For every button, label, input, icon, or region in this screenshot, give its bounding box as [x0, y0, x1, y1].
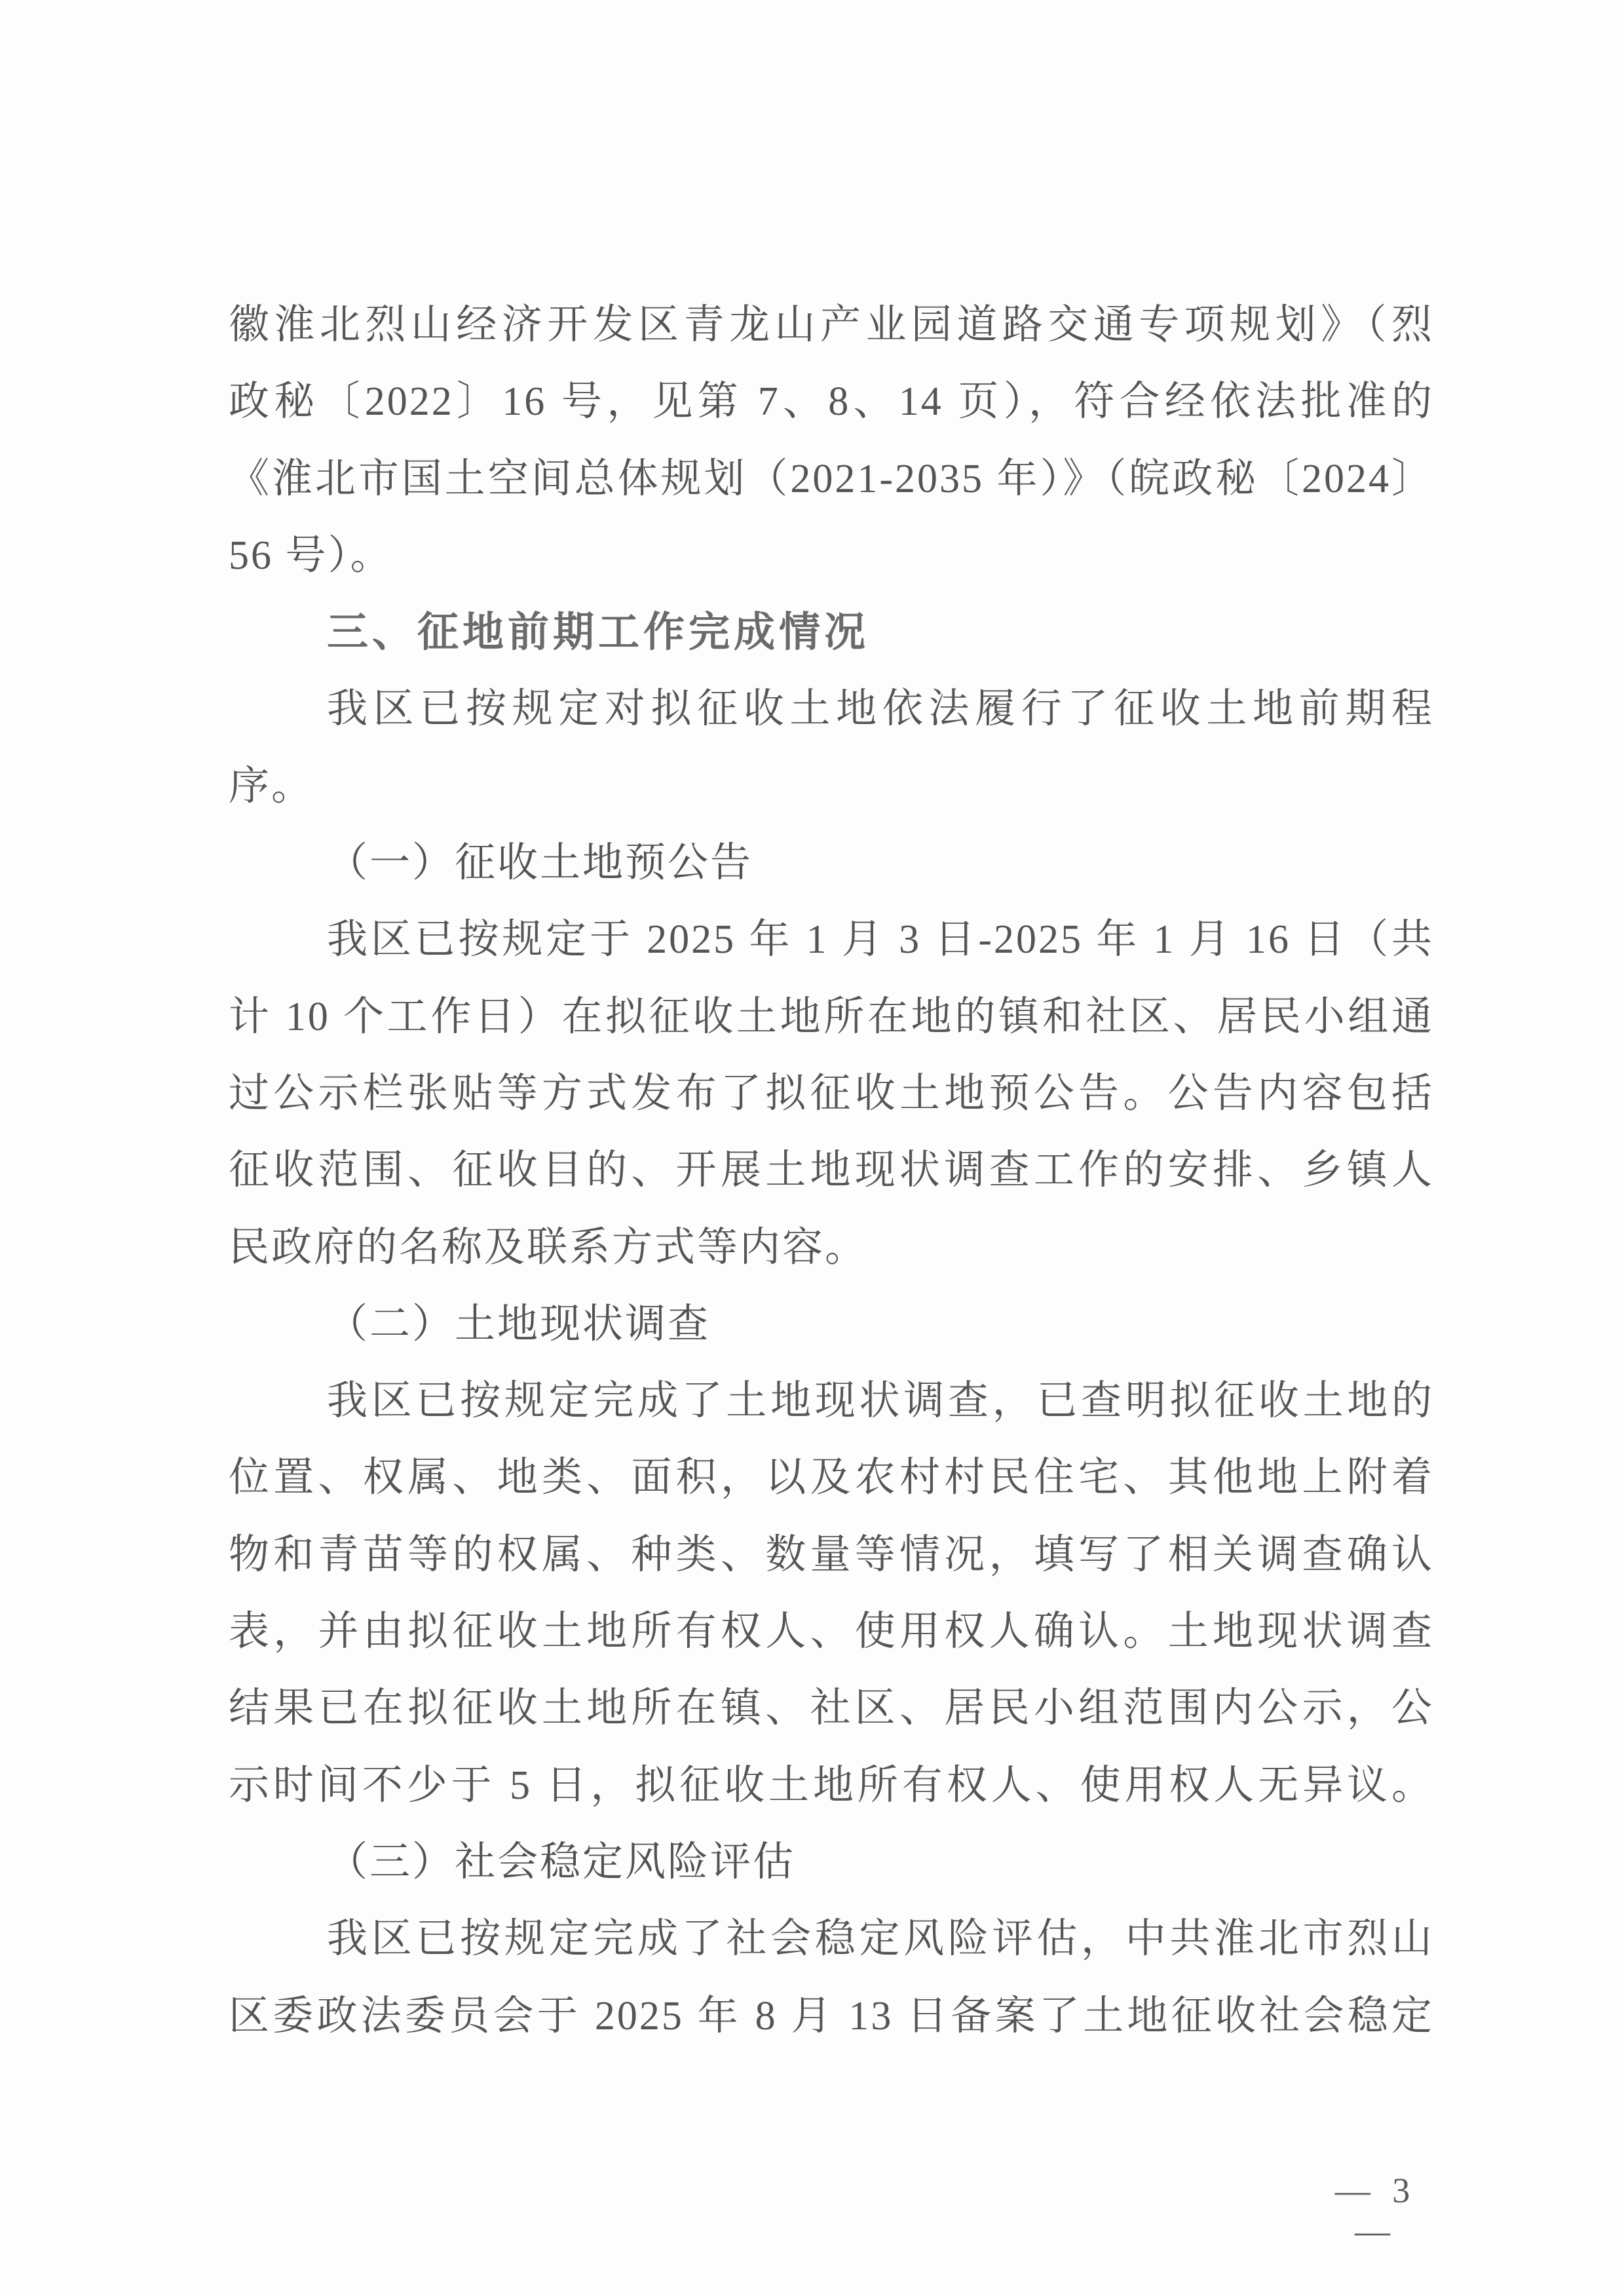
- text-line: 《淮北市国土空间总体规划（2021-2035 年）》（皖政秘〔2024〕: [229, 441, 1434, 518]
- text-line: 徽淮北烈山经济开发区青龙山产业园道路交通专项规划》（烈: [229, 287, 1434, 364]
- page-number: — 3 —: [1323, 2170, 1428, 2251]
- text-line: 过公示栏张贴等方式发布了拟征收土地预公告。公告内容包括: [229, 1056, 1434, 1132]
- text-line: 征收范围、征收目的、开展土地现状调查工作的安排、乡镇人: [229, 1132, 1434, 1209]
- document-body: 徽淮北烈山经济开发区青龙山产业园道路交通专项规划》（烈 政秘〔2022〕16 号…: [229, 287, 1434, 2055]
- text-line: 56 号）。: [229, 518, 1434, 594]
- document-page: 徽淮北烈山经济开发区青龙山产业园道路交通专项规划》（烈 政秘〔2022〕16 号…: [0, 0, 1624, 2296]
- text-line: 我区已按规定对拟征收土地依法履行了征收土地前期程: [229, 671, 1434, 748]
- text-line: 政秘〔2022〕16 号，见第 7、8、14 页），符合经依法批准的: [229, 364, 1434, 440]
- text-line: 结果已在拟征收土地所在镇、社区、居民小组范围内公示，公: [229, 1670, 1434, 1747]
- text-line: 序。: [229, 748, 1434, 825]
- text-line: 区委政法委员会于 2025 年 8 月 13 日备案了土地征收社会稳定: [229, 1978, 1434, 2055]
- text-line: 计 10 个工作日）在拟征收土地所在地的镇和社区、居民小组通: [229, 979, 1434, 1056]
- text-line: 我区已按规定完成了土地现状调查，已查明拟征收土地的: [229, 1363, 1434, 1440]
- text-line: 民政府的名称及联系方式等内容。: [229, 1210, 1434, 1286]
- text-line: 示时间不少于 5 日，拟征收土地所有权人、使用权人无异议。: [229, 1748, 1434, 1824]
- section-heading: 三、征地前期工作完成情况: [229, 594, 1434, 671]
- subsection-heading: （二）土地现状调查: [229, 1286, 1434, 1363]
- text-line: 物和青苗等的权属、种类、数量等情况，填写了相关调查确认: [229, 1517, 1434, 1594]
- text-line: 我区已按规定完成了社会稳定风险评估，中共淮北市烈山: [229, 1901, 1434, 1978]
- text-line: 我区已按规定于 2025 年 1 月 3 日-2025 年 1 月 16 日（共: [229, 902, 1434, 978]
- text-line: 位置、权属、地类、面积，以及农村村民住宅、其他地上附着: [229, 1440, 1434, 1516]
- subsection-heading: （一）征收土地预公告: [229, 825, 1434, 902]
- text-line: 表，并由拟征收土地所有权人、使用权人确认。土地现状调查: [229, 1594, 1434, 1670]
- subsection-heading: （三）社会稳定风险评估: [229, 1824, 1434, 1901]
